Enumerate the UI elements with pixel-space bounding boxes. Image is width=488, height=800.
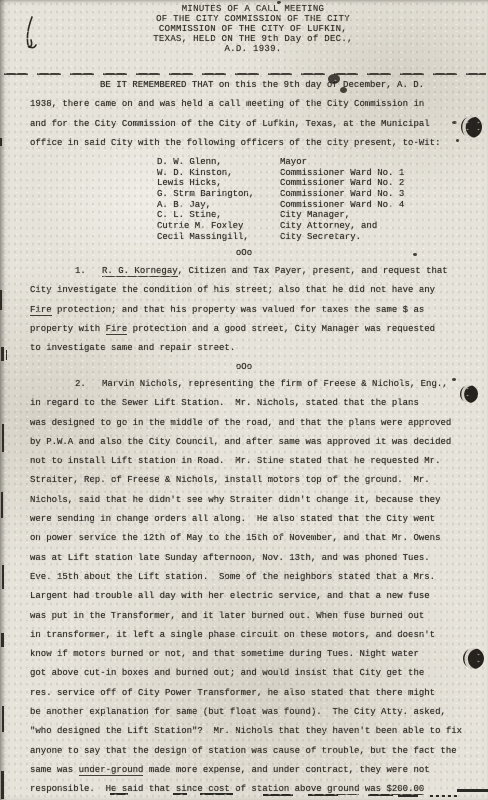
paragraph-line: "who designed the Lift Station"? Mr. Nic…	[30, 722, 480, 741]
officer-name: D. W. Glenn,	[157, 157, 222, 167]
officer-title: City Attorney, and	[280, 221, 377, 232]
title-line: A.D. 1939.	[9, 44, 488, 54]
line-text: protection and a good street, City Manag…	[127, 324, 435, 334]
ink-smudge	[328, 74, 340, 84]
officer-row: Cutrie M. FoxleyCity Attorney, and	[157, 221, 254, 232]
scan-artifact	[1, 771, 4, 799]
paragraph-line: same was under-ground made more expense,…	[30, 761, 480, 780]
paragraph-line: got above cut-in boxes and burned out; a…	[30, 664, 480, 683]
officer-row: Lewis Hicks,Commissioner Ward No. 2	[157, 178, 254, 189]
scan-artifact	[0, 138, 2, 146]
underlined-text: Fire	[106, 324, 128, 335]
officer-name: C. L. Stine,	[157, 210, 222, 220]
film-reel-mark-icon	[461, 116, 482, 138]
line-text: was	[359, 784, 386, 794]
officer-title: Commissioner Ward No. 3	[280, 189, 404, 200]
paragraph-line: to investigate same and repair street.	[30, 339, 480, 358]
item-number: 1.	[75, 266, 102, 276]
ink-smudge	[456, 139, 459, 142]
paragraph-line: property with Fire protection and a good…	[30, 320, 480, 339]
scan-artifact	[2, 706, 4, 732]
officer-name: Cecil Massingill,	[157, 232, 249, 242]
paragraph-line: by P.W.A and also the City Council, and …	[30, 433, 480, 452]
scan-artifact	[6, 350, 7, 360]
line-text: same was	[30, 765, 79, 775]
meeting-minutes-page: MINUTES OF A CALL MEETING OF THE CITY CO…	[0, 0, 488, 800]
bottom-dash-artifact	[368, 794, 393, 796]
paragraph-line: was put in the Transformer, and it later…	[30, 607, 480, 626]
paragraph-line: on power service the 12th of May to the …	[30, 529, 480, 548]
scan-artifact	[1, 347, 4, 361]
line-text: property with	[30, 324, 106, 334]
paragraph-line: 2. Marvin Nichols, representing the firm…	[30, 375, 480, 394]
officer-row: A. B. Jay,Commissioner Ward No. 4	[157, 200, 254, 211]
paragraph-line: BE IT REMEMBERED THAT on this the 9th da…	[30, 76, 480, 95]
opening-paragraph: BE IT REMEMBERED THAT on this the 9th da…	[30, 76, 480, 153]
officer-row: W. D. Kinston,Commissioner Ward No. 1	[157, 168, 254, 179]
paragraph-line: be another explanation for same (but flo…	[30, 703, 480, 722]
line-text: protection; and that his property was va…	[52, 305, 425, 315]
ink-smudge	[413, 253, 417, 256]
officer-title: Commissioner Ward No. 4	[280, 200, 404, 211]
paragraph-line: was at Lift station late Sunday afternoo…	[30, 549, 480, 568]
officers-list: D. W. Glenn,Mayor W. D. Kinston,Commissi…	[157, 157, 254, 243]
underlined-text: under-ground	[79, 765, 144, 776]
bottom-dash-artifact	[430, 795, 457, 797]
film-reel-mark-icon	[463, 648, 484, 669]
scan-artifact	[2, 424, 4, 452]
paragraph-line: Straiter, Rep. of Freese & Nichols, inst…	[30, 471, 480, 490]
officer-name: A. B. Jay,	[157, 200, 211, 210]
bottom-dash-artifact	[398, 795, 418, 797]
officer-row: C. L. Stine,City Manager,	[157, 210, 254, 221]
officer-row: Cecil Massingill,City Secretary.	[157, 232, 254, 243]
paragraph-line: know if motors burned or not, and that s…	[30, 645, 480, 664]
paragraph-line: Nichols, said that he didn't see why Str…	[30, 491, 480, 510]
officer-row: D. W. Glenn,Mayor	[157, 157, 254, 168]
bottom-dash-artifact	[457, 789, 488, 792]
officer-row: G. Strm Barington,Commissioner Ward No. …	[157, 189, 254, 200]
line-text: made more expense, and under contract, t…	[143, 765, 429, 775]
bottom-dash-artifact	[308, 794, 338, 796]
officer-title: Commissioner Ward No. 1	[280, 168, 404, 179]
bottom-dash-artifact	[173, 793, 187, 795]
underlined-text: Fire	[30, 305, 52, 316]
ink-smudge	[452, 378, 456, 381]
paragraph-line: Eve. 15th about the Lift station. Some o…	[30, 568, 480, 587]
officer-title: Commissioner Ward No. 2	[280, 178, 404, 189]
paragraph-line: were sending in change orders all along.…	[30, 510, 480, 529]
officer-name: Lewis Hicks,	[157, 178, 222, 188]
officer-name: G. Strm Barington,	[157, 189, 254, 199]
header-title-block: MINUTES OF A CALL MEETING OF THE CITY CO…	[9, 4, 488, 54]
section-separator: oOo	[0, 362, 488, 372]
paragraph-line: 1. R. G. Kornegay, Citizen and Tax Payer…	[30, 262, 480, 281]
ink-smudge	[277, 1, 281, 4]
paragraph-line: Fire protection; and that his property w…	[30, 301, 480, 320]
officer-title: City Secretary.	[280, 232, 361, 243]
paragraph-line: 1938, there came on and was held a call …	[30, 95, 480, 114]
paragraph-line: in regard to the Sewer Lift Station. Mr.…	[30, 394, 480, 413]
title-line: OF THE CITY COMMISSION OF THE CITY	[9, 14, 488, 24]
bottom-dash-artifact	[263, 794, 293, 796]
ink-smudge	[452, 121, 457, 124]
scan-artifact	[1, 633, 4, 647]
bottom-dash-artifact	[200, 793, 233, 795]
paragraph-line: office in said City with the following o…	[30, 134, 480, 153]
title-line: MINUTES OF A CALL MEETING	[9, 4, 488, 14]
officer-title: Mayor	[280, 157, 307, 168]
scan-artifact	[2, 565, 4, 589]
paragraph-line: anyone to say that the design of station…	[30, 742, 480, 761]
film-reel-mark-icon	[460, 385, 478, 403]
paragraph-line: and for the City Commission of the City …	[30, 115, 480, 134]
agenda-item-2: 2. Marvin Nichols, representing the firm…	[30, 375, 480, 800]
scan-artifact	[0, 290, 2, 310]
line-text: , Citizen and Tax Payer, present, and re…	[178, 266, 448, 276]
paragraph-line: in transformer, it left a single phase c…	[30, 626, 480, 645]
scan-artifact	[1, 492, 3, 518]
paragraph-line: was designed to go in the middle of the …	[30, 414, 480, 433]
officer-name: W. D. Kinston,	[157, 168, 233, 178]
paragraph-line: Largent had trouble all day with her ele…	[30, 587, 480, 606]
bottom-dash-artifact	[110, 793, 128, 795]
ink-smudge	[340, 87, 347, 93]
officer-title: City Manager,	[280, 210, 350, 221]
title-line: TEXAS, HELD ON THE 9th Day of DEC.,	[9, 34, 488, 44]
paragraph-line: not to install Lift station in Road. Mr.…	[30, 452, 480, 471]
title-line: COMMISSION OF THE CITY OF LUFKIN,	[9, 24, 488, 34]
paragraph-line: res. service off of City Power Transform…	[30, 684, 480, 703]
officer-name: Cutrie M. Foxley	[157, 221, 243, 231]
agenda-item-1: 1. R. G. Kornegay, Citizen and Tax Payer…	[30, 262, 480, 358]
dashed-horizontal-rule	[4, 73, 486, 75]
paragraph-line: City investigate the condition of his st…	[30, 281, 480, 300]
underlined-name: R. G. Kornegay	[102, 266, 178, 277]
